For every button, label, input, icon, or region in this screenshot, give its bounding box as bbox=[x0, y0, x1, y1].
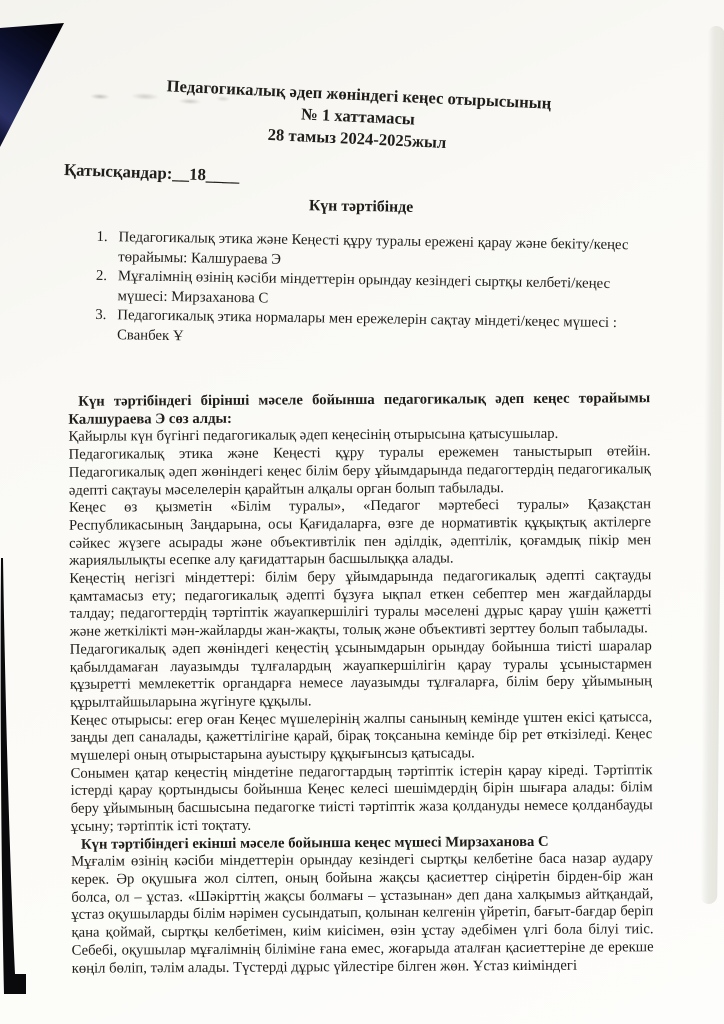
agenda-item-text: Педагогикалық этика нормалары мен ережел… bbox=[117, 307, 650, 355]
paragraph: Сонымен қатар кеңестің міндетіне педагог… bbox=[70, 762, 652, 836]
scanned-document-page: Педагогикалық әдеп жөніндегі кеңес отыры… bbox=[0, 0, 724, 1024]
paragraph: Кеңес отырысы: егер оған Кеңес мүшелерін… bbox=[70, 709, 652, 766]
scan-corner-artifact bbox=[0, 23, 64, 147]
paragraph: Педагогикалық әдеп жөніндегі кеңестің ұс… bbox=[70, 638, 652, 712]
agenda-section: Күн тәртібінде 1. Педагогикалық этика жә… bbox=[69, 193, 651, 354]
scan-edge-artifact bbox=[0, 556, 30, 1004]
document-body: Күн тәртібіндегі бірінші мәселе бойынша … bbox=[68, 390, 654, 978]
paragraph: Мұғалім өзінің кәсіби міндеттерін орында… bbox=[71, 851, 654, 978]
paragraph: Кеңестің негізгі міндеттері: білім беру … bbox=[69, 567, 651, 641]
agenda-heading: Күн тәртібінде bbox=[71, 193, 651, 220]
section-1-heading: Күн тәртібіндегі бірінші мәселе бойынша … bbox=[68, 390, 650, 429]
agenda-item: 3. Педагогикалық этика нормалары мен ере… bbox=[69, 306, 650, 354]
page-fold-shadow bbox=[700, 26, 724, 904]
agenda-item-number: 3. bbox=[95, 306, 117, 326]
agenda-item-number: 2. bbox=[96, 267, 118, 287]
doc-title: Педагогикалық әдеп жөніндегі кеңес отыры… bbox=[69, 71, 647, 163]
paragraph: Педагогикалық этика және Кеңесті құру ту… bbox=[69, 443, 651, 500]
agenda-item-number: 1. bbox=[96, 228, 118, 248]
participants-line: Қатысқандар:__18____ bbox=[64, 160, 240, 186]
paragraph: Кеңес өз қызметін «Білім туралы», «Педаг… bbox=[69, 496, 651, 570]
